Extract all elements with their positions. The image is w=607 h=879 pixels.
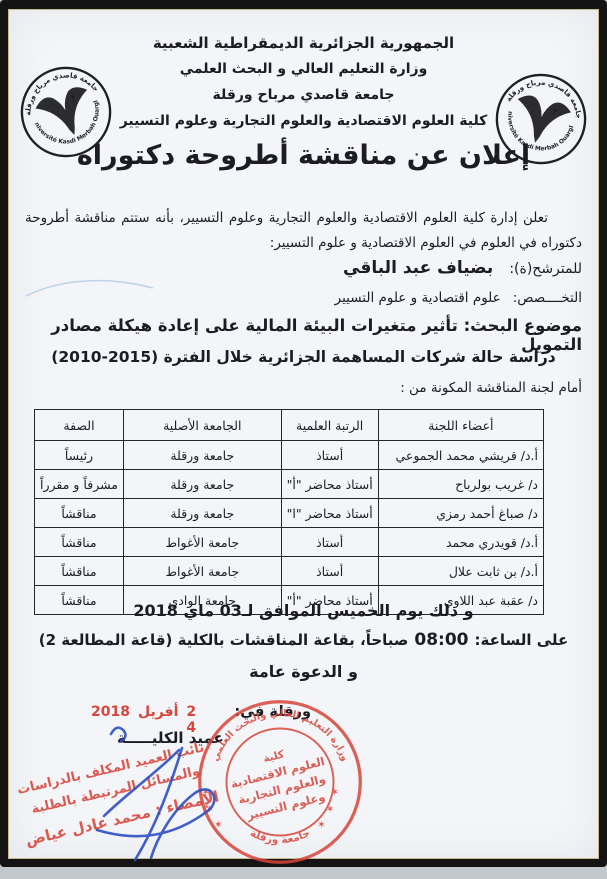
member-name: د/ غريب بولرباح [378, 470, 543, 499]
specialty-value: علوم اقتصادية و علوم التسيير [335, 290, 501, 306]
member-role: مناقشاً [35, 499, 124, 528]
member-rank: أستاذ [281, 557, 378, 586]
member-university: جامعة ورقلة [123, 441, 281, 470]
member-university: جامعة ورقلة [123, 499, 281, 528]
table-header-row: أعضاء اللجنة الرتبة العلمية الجامعة الأص… [35, 410, 544, 441]
time-location: صباحاً، بقاعة المناقشات بالكلية (قاعة ال… [39, 631, 409, 649]
member-university: جامعة الأغواط [123, 528, 281, 557]
table-row: د/ صباغ أحمد رمزي أستاذ محاضر "ا" جامعة … [35, 499, 544, 528]
member-name: أ.د/ قويدري محمد [378, 528, 543, 557]
subject-label: موضوع البحث: [464, 316, 582, 335]
member-rank: أستاذ محاضر "ا" [281, 499, 378, 528]
defense-time-line: على الساعة: 08:00 صباحاً، بقاعة المناقشا… [9, 630, 598, 650]
committee-table: أعضاء اللجنة الرتبة العلمية الجامعة الأص… [34, 409, 544, 615]
specialty-label: التخــــصص: [513, 290, 582, 306]
member-university: جامعة الأغواط [123, 557, 281, 586]
member-name: أ.د/ قريشي محمد الجموعي [378, 441, 543, 470]
member-role: مناقشاً [35, 528, 124, 557]
candidate-label: للمترشح(ة): [509, 261, 582, 277]
candidate-line: للمترشح(ة): بضياف عبد الباقي [25, 258, 582, 278]
open-invitation-line: و الدعوة عامة [9, 662, 598, 681]
member-role: مشرفاً و مقرراً [35, 470, 124, 499]
member-role: مناقشاً [35, 557, 124, 586]
table-row: أ.د/ قريشي محمد الجموعي أستاذ جامعة ورقل… [35, 441, 544, 470]
announcement-title: إعلان عن مناقشة أطروحة دكتوراه [9, 140, 598, 171]
member-rank: أستاذ [281, 528, 378, 557]
committee-intro: أمام لجنة المناقشة المكونة من : [400, 380, 582, 396]
subject-subtitle: دراسة حالة شركات المساهمة الجزائرية خلال… [9, 348, 598, 366]
member-university: جامعة ورقلة [123, 470, 281, 499]
table-row: أ.د/ بن ثابت علال أستاذ جامعة الأغواط من… [35, 557, 544, 586]
time-label: على الساعة: [475, 631, 569, 649]
col-rank: الرتبة العلمية [281, 410, 378, 441]
intro-paragraph: تعلن إدارة كلية العلوم الاقتصادية والعلو… [25, 206, 582, 256]
member-rank: أستاذ محاضر "أ" [281, 470, 378, 499]
svg-text:✶: ✶ [330, 786, 339, 798]
col-members: أعضاء اللجنة [378, 410, 543, 441]
member-name: د/ صباغ أحمد رمزي [378, 499, 543, 528]
table-row: د/ غريب بولرباح أستاذ محاضر "أ" جامعة ور… [35, 470, 544, 499]
col-role: الصفة [35, 410, 124, 441]
republic-line: الجمهورية الجزائرية الديمقراطية الشعبية [9, 30, 598, 56]
col-university: الجامعة الأصلية [123, 410, 281, 441]
specialty-line: التخــــصص: علوم اقتصادية و علوم التسيير [25, 290, 582, 306]
table-row: أ.د/ قويدري محمد أستاذ جامعة الأغواط منا… [35, 528, 544, 557]
document-page: الجمهورية الجزائرية الديمقراطية الشعبية … [8, 9, 599, 859]
member-rank: أستاذ [281, 441, 378, 470]
time-value: 08:00 [414, 630, 468, 650]
svg-text:✶: ✶ [326, 804, 335, 816]
handwritten-signature [49, 686, 319, 868]
member-name: أ.د/ بن ثابت علال [378, 557, 543, 586]
member-role: رئيساً [35, 441, 124, 470]
candidate-name: بضياف عبد الباقي [343, 258, 493, 278]
defense-date-line: و ذلك يوم الخميس الموافق لـ03 ماي 2018 [9, 601, 598, 620]
